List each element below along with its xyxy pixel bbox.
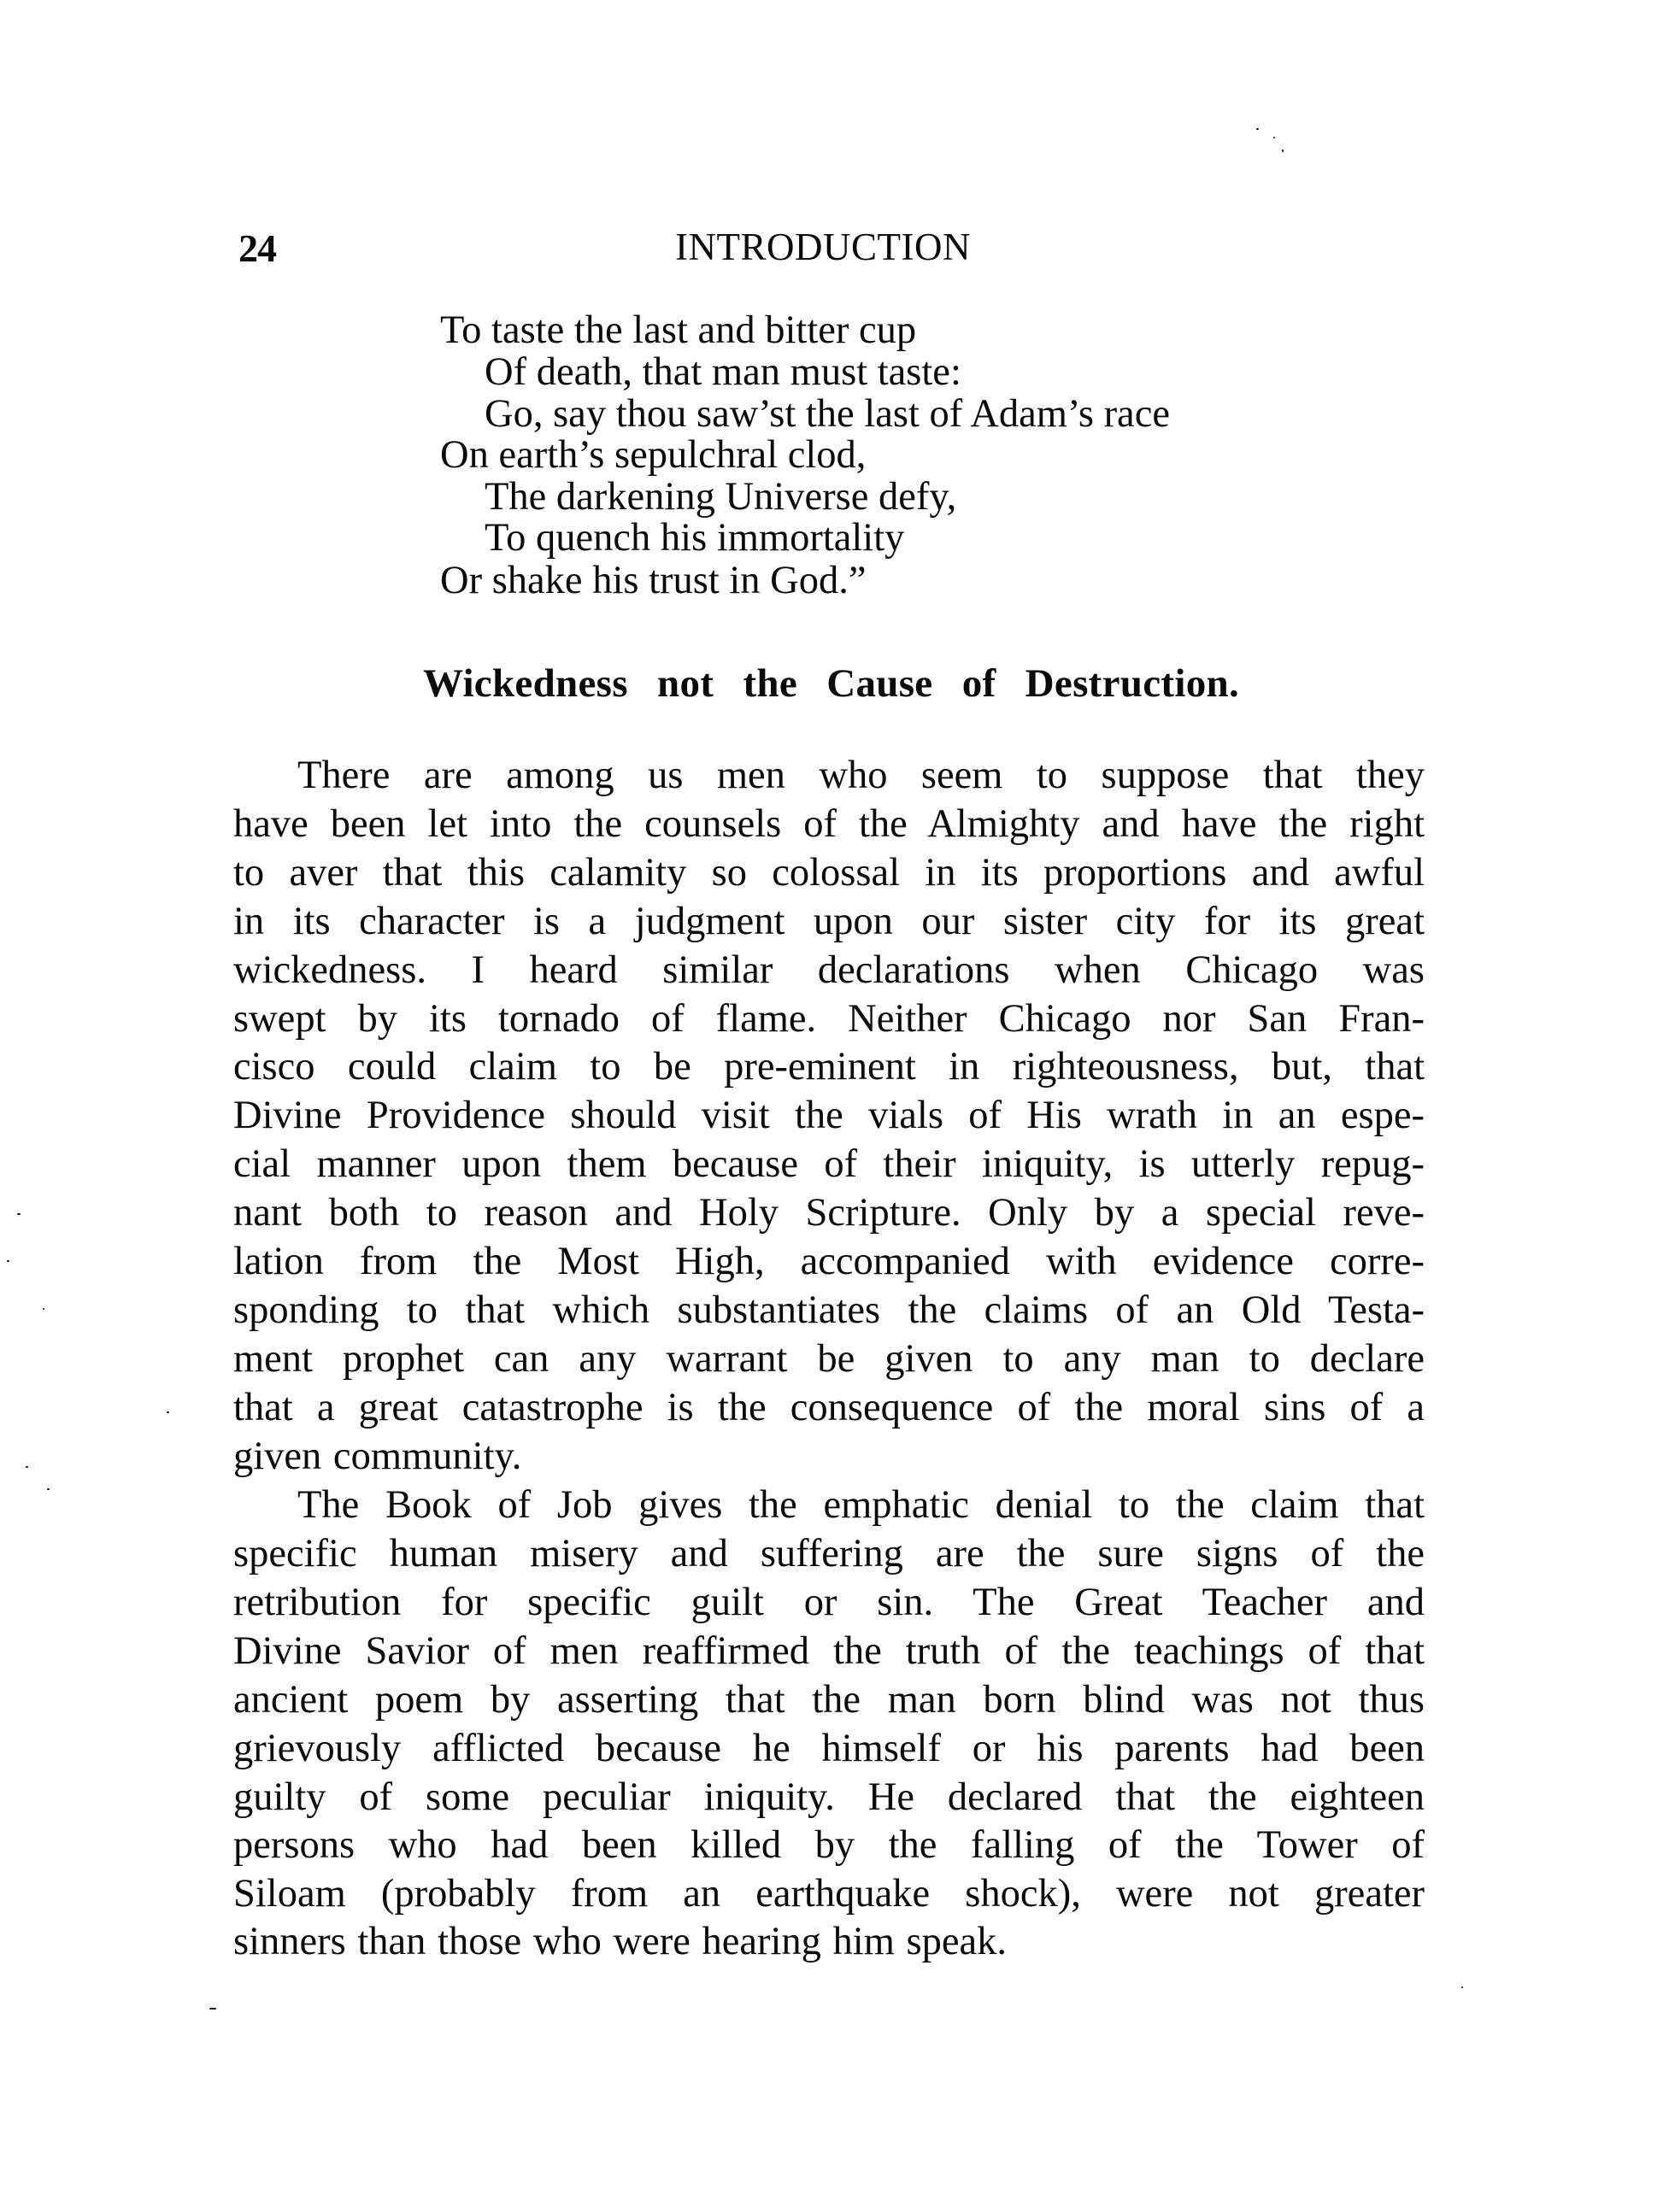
scan-speck <box>444 675 446 677</box>
paragraph-1-line: to aver that this calamity so colossal i… <box>233 853 1425 893</box>
paragraph-2-line: Siloam (probably from an earthquake shoc… <box>233 1874 1425 1914</box>
paragraph-1-line: Divine Providence should visit the vials… <box>233 1095 1425 1135</box>
paragraph-2-line: ancient poem by asserting that the man b… <box>233 1680 1425 1720</box>
paragraph-1-line: sponding to that which substantiates the… <box>233 1290 1425 1330</box>
scan-speck <box>43 1308 44 1310</box>
paragraph-1-line: nant both to reason and Holy Scripture. … <box>233 1193 1425 1233</box>
paragraph-1-line: There are among us men who seem to suppo… <box>297 755 1425 795</box>
paragraph-1-line: given community. <box>233 1436 1425 1476</box>
scan-speck <box>167 1411 169 1413</box>
paragraph-1-line: in its character is a judgment upon our … <box>233 901 1425 942</box>
book-page: 24 INTRODUCTION To taste the last and bi… <box>0 0 1669 2212</box>
poem-line: Of death, that man must taste: <box>485 352 961 392</box>
paragraph-2-line: Divine Savior of men reaffirmed the trut… <box>233 1631 1425 1671</box>
poem-line: Or shake his trust in God.” <box>440 560 867 601</box>
scan-speck <box>209 2008 216 2010</box>
scan-speck <box>47 1488 50 1490</box>
running-title: INTRODUCTION <box>675 227 1000 267</box>
poem-line: On earth’s sepulchral clod, <box>440 435 866 475</box>
paragraph-2-line: specific human misery and suffering are … <box>233 1534 1425 1574</box>
paragraph-1-line: cisco could claim to be pre-eminent in r… <box>233 1047 1425 1087</box>
scan-speck <box>1461 1986 1463 1988</box>
scan-speck <box>1256 128 1259 130</box>
section-heading: Wickedness not the Cause of Destruction. <box>423 664 1239 704</box>
paragraph-2-line: sinners than those who were hearing him … <box>233 1922 1425 1962</box>
poem-line: The darkening Universe defy, <box>485 477 956 517</box>
scan-speck <box>7 1260 9 1262</box>
poem-line: To taste the last and bitter cup <box>440 310 916 350</box>
scan-speck <box>1282 150 1284 152</box>
paragraph-1-line: have been let into the counsels of the A… <box>233 804 1425 844</box>
paragraph-2-line: persons who had been killed by the falli… <box>233 1825 1425 1865</box>
paragraph-2-line: grievously afflicted because he himself … <box>233 1728 1425 1769</box>
poem-line: Go, say thou saw’st the last of Adam’s r… <box>485 394 1170 434</box>
paragraph-1-line: ment prophet can any warrant be given to… <box>233 1339 1425 1379</box>
scan-speck <box>1273 137 1275 138</box>
scan-speck <box>26 1466 28 1468</box>
scan-speck <box>17 1213 21 1215</box>
page-number: 24 <box>238 229 276 268</box>
paragraph-2-line: The Book of Job gives the emphatic denia… <box>297 1485 1425 1525</box>
paragraph-1-line: swept by its tornado of flame. Neither C… <box>233 999 1425 1039</box>
paragraph-1-line: that a great catastrophe is the conseque… <box>233 1388 1425 1428</box>
paragraph-1-line: lation from the Most High, accompanied w… <box>233 1241 1425 1282</box>
paragraph-2-line: retribution for specific guilt or sin. T… <box>233 1582 1425 1622</box>
paragraph-1-line: cial manner upon them because of their i… <box>233 1144 1425 1184</box>
paragraph-1-line: wickedness. I heard similar declarations… <box>233 950 1425 990</box>
poem-line: To quench his immortality <box>485 518 904 558</box>
paragraph-2-line: guilty of some peculiar iniquity. He dec… <box>233 1777 1425 1817</box>
